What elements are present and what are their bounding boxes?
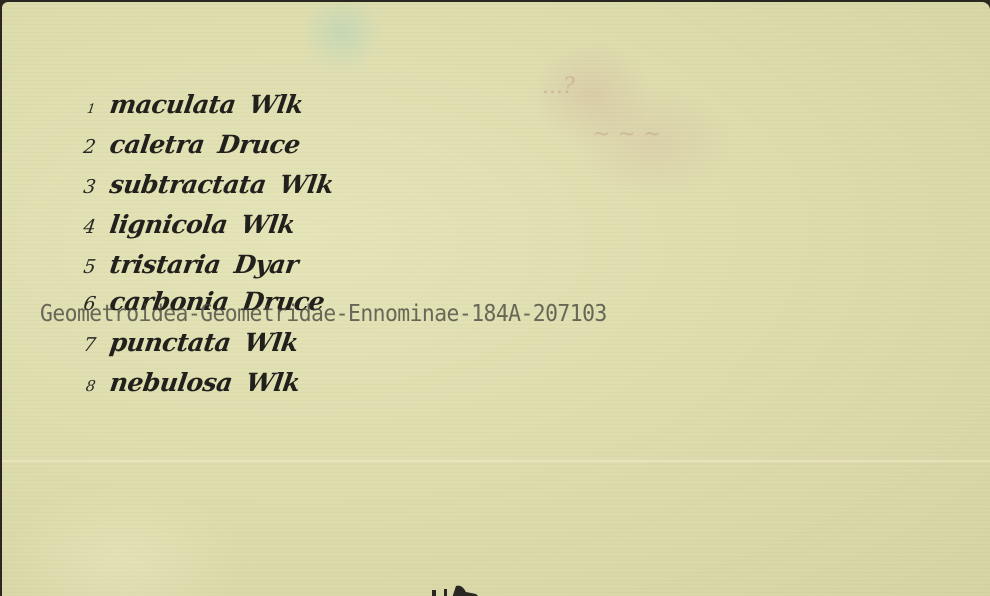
list-item: 1 maculata Wlk — [60, 90, 305, 119]
entry-number: 1 — [60, 102, 96, 117]
species-author: Wlk — [244, 368, 301, 397]
entry-number: 4 — [60, 216, 97, 238]
entry-number: 2 — [60, 136, 97, 158]
species-author: Wlk — [278, 170, 335, 199]
species-name: maculata — [108, 90, 238, 119]
species-author: Wlk — [243, 328, 300, 357]
entry-number: 8 — [60, 377, 97, 395]
species-name: subtractata — [108, 170, 268, 199]
species-name: caletra — [108, 130, 206, 159]
list-item: 5 tristaria Dyar — [60, 250, 300, 279]
species-name: tristaria — [108, 250, 222, 279]
species-author: Wlk — [247, 90, 304, 119]
faded-pencil-note: ...? — [542, 74, 575, 99]
list-item: 7 punctata Wlk — [60, 328, 300, 357]
species-name: punctata — [108, 328, 233, 357]
species-name: lignicola — [108, 210, 229, 239]
species-name: nebulosa — [108, 368, 234, 397]
list-item: 2 caletra Druce — [60, 130, 302, 159]
entry-number: 5 — [60, 256, 97, 278]
species-author: Wlk — [239, 210, 296, 239]
list-item: 4 lignicola Wlk — [60, 210, 297, 239]
species-author: Dyar — [232, 250, 300, 279]
card-crease-line — [2, 460, 990, 462]
ink-blot-icon — [432, 584, 492, 596]
species-author: Druce — [216, 130, 302, 159]
list-item: 3 subtractata Wlk — [60, 170, 335, 199]
entry-number: 7 — [60, 334, 97, 356]
faded-pencil-note: ~ ~ ~ — [592, 122, 661, 147]
list-item: 8 nebulosa Wlk — [60, 368, 302, 397]
catalog-label: Geometroidea-Geometridae-Ennominae-184A-… — [40, 301, 607, 327]
entry-number: 3 — [60, 176, 97, 198]
index-card: ...? ~ ~ ~ 1 maculata Wlk 2 caletra Druc… — [2, 2, 990, 596]
